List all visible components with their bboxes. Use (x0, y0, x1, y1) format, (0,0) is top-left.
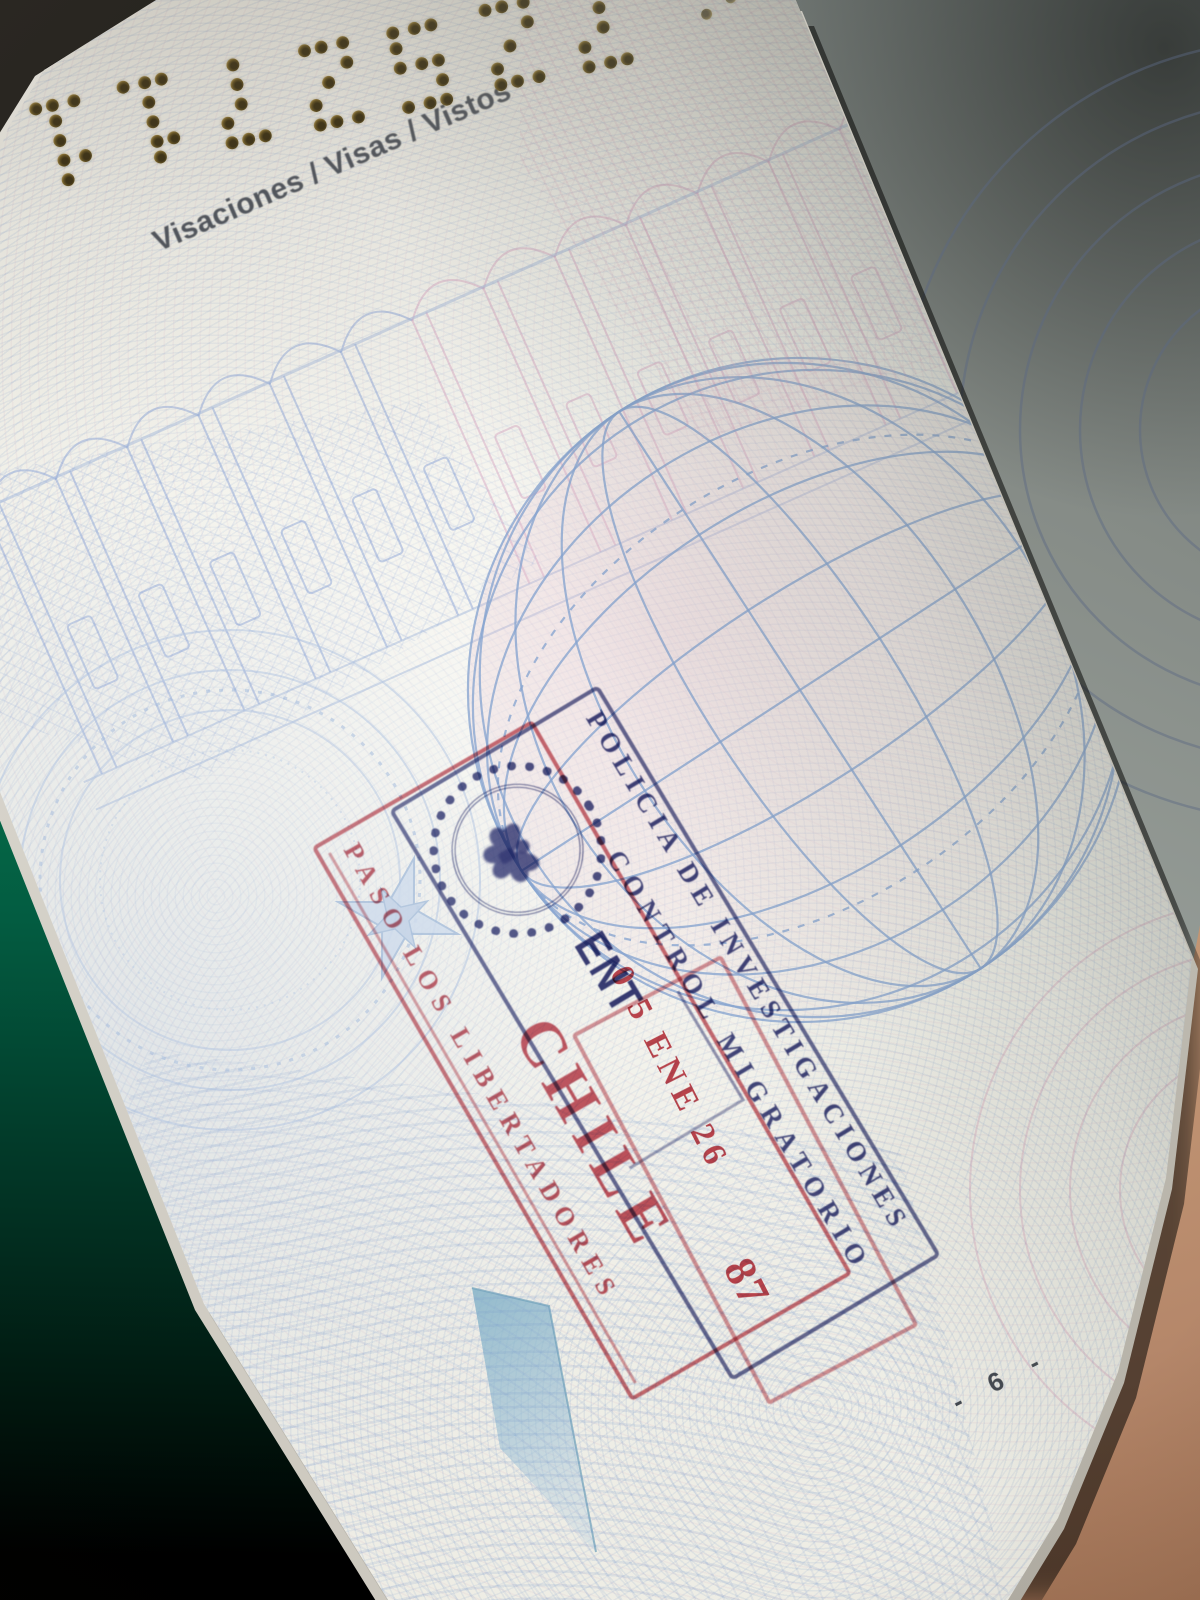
photo-scene: POLICIA DE INVESTIGACIONES CONTROL MIGRA… (0, 0, 1200, 1600)
